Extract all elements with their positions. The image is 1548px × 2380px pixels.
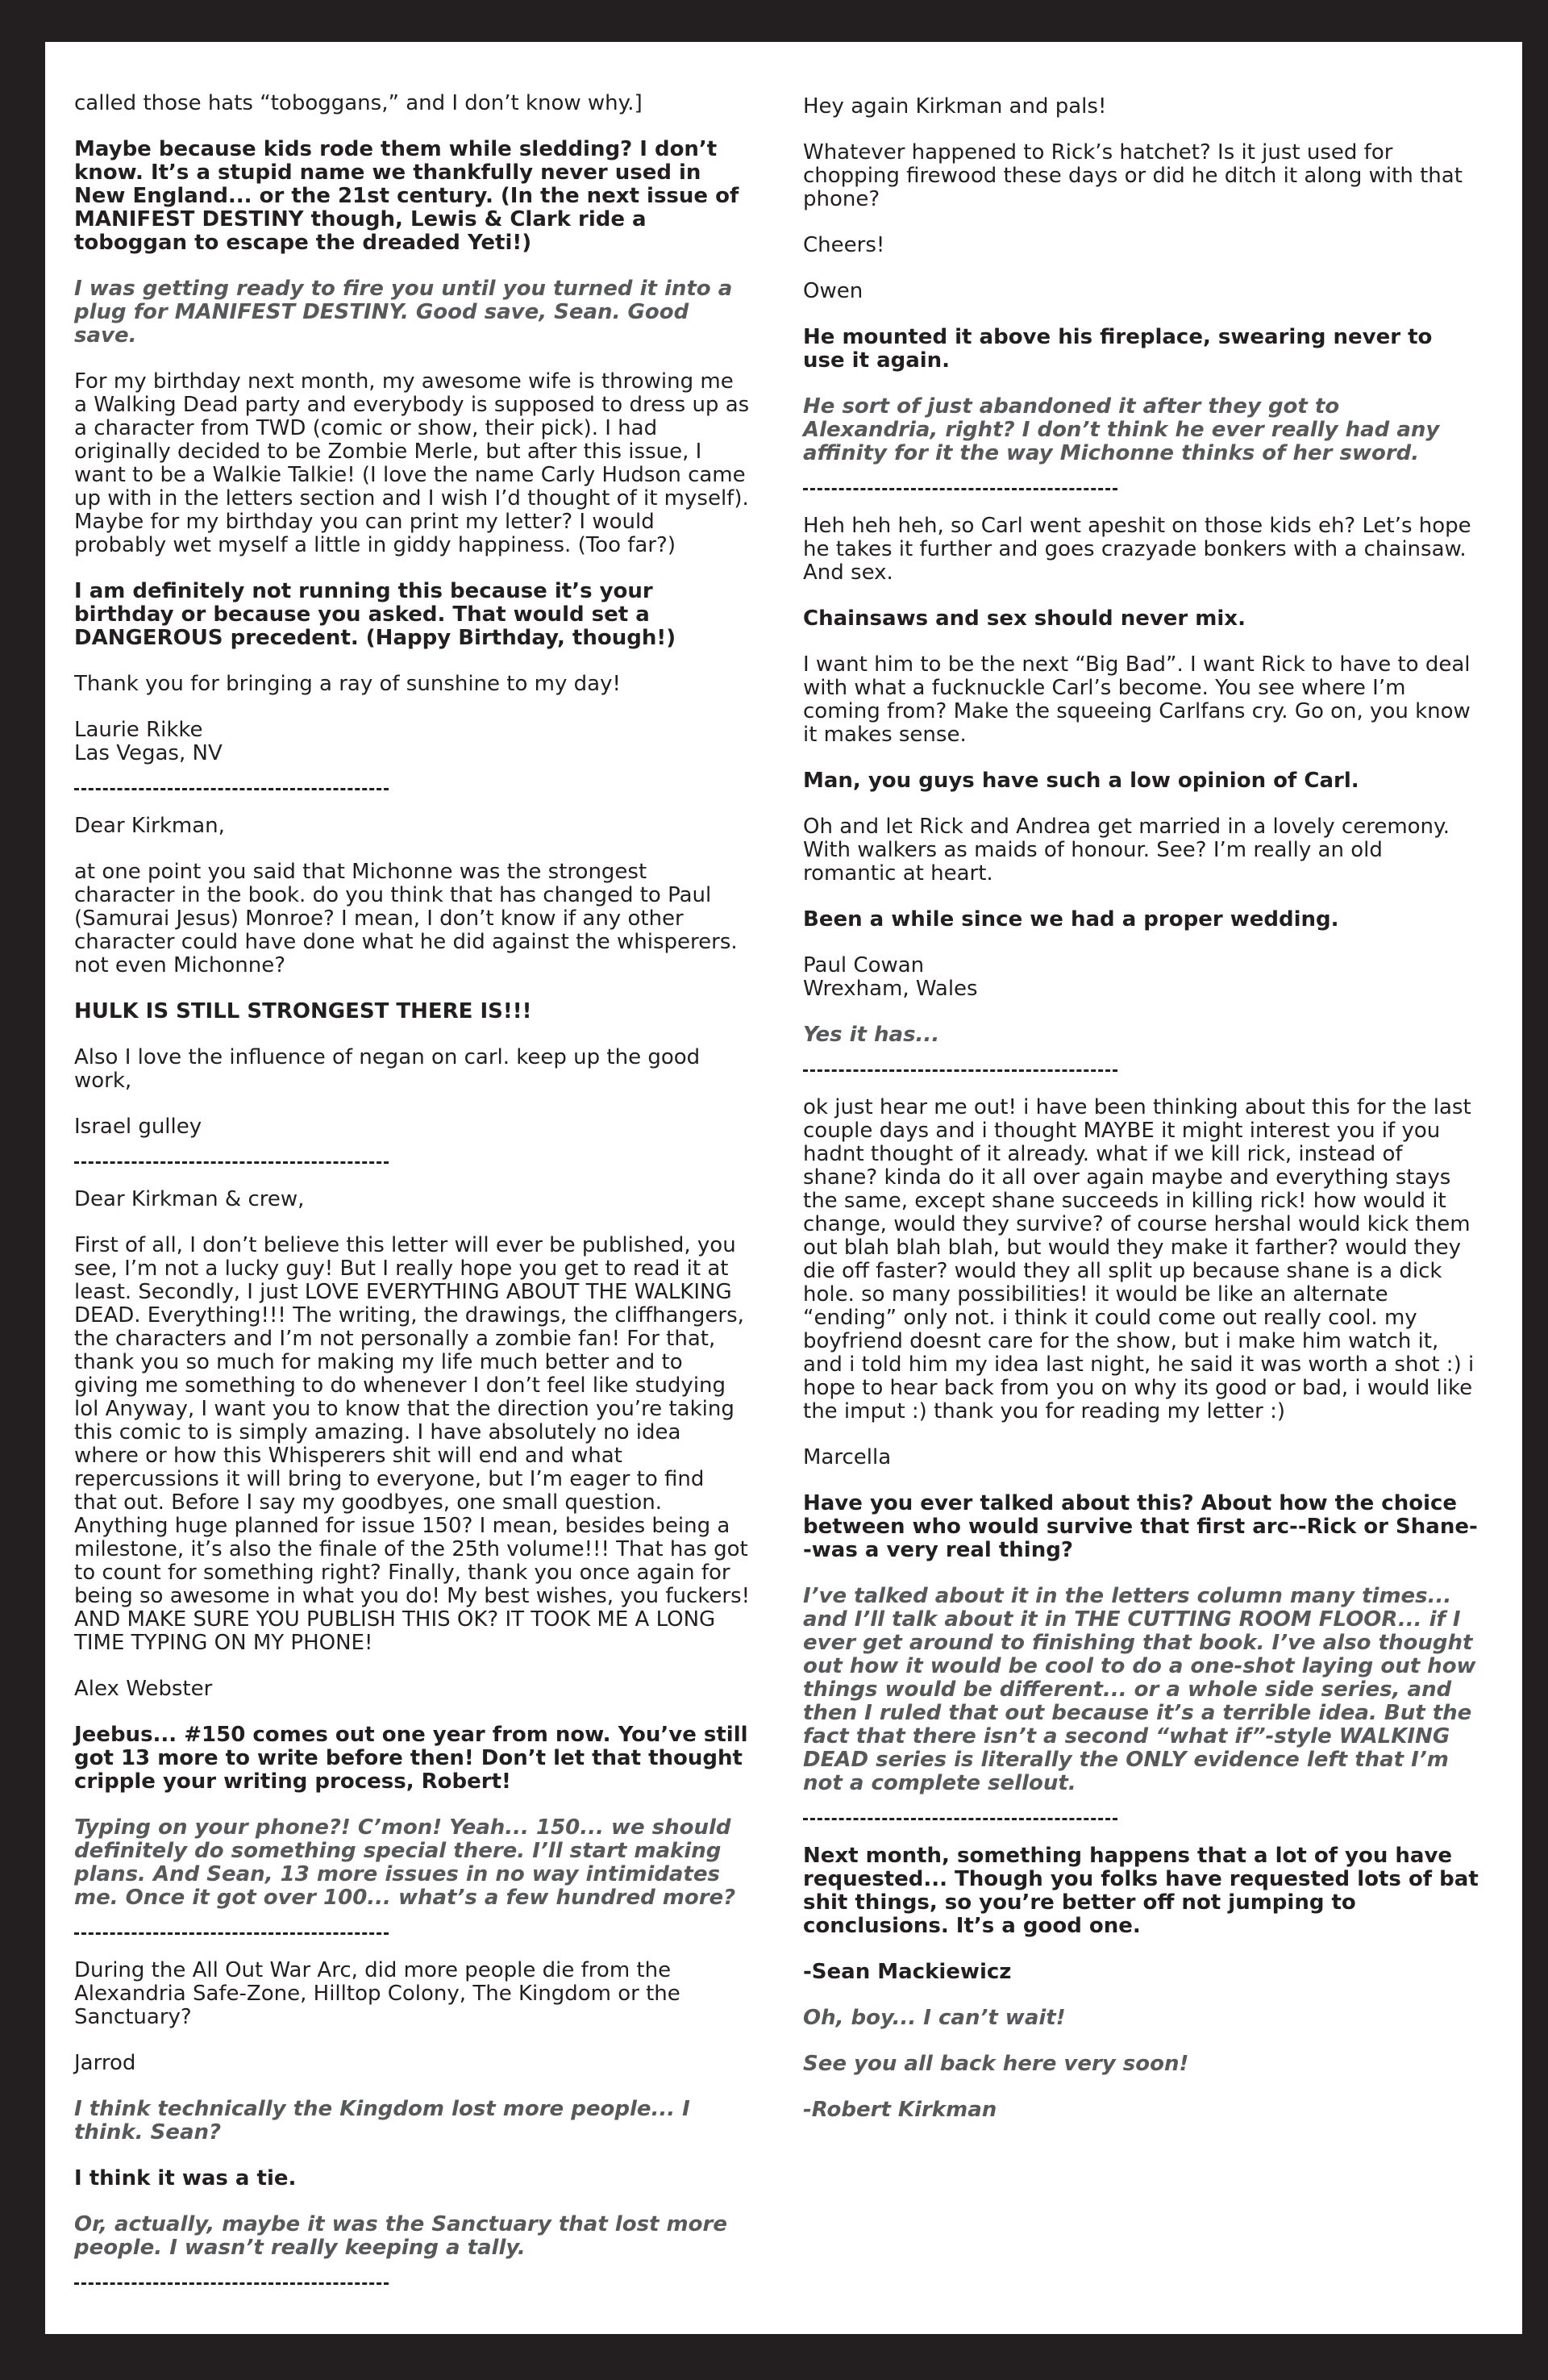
editor-reply-sean: HULK IS STILL STRONGEST THERE IS!!! (74, 1000, 751, 1023)
editor-reply-sean: He mounted it above his fireplace, swear… (803, 326, 1480, 373)
editor-reply-sean: I think it was a tie. (74, 2167, 751, 2190)
reader-letter-text: For my birthday next month, my awesome w… (74, 370, 751, 557)
reader-letter-text: First of all, I don’t believe this lette… (74, 1234, 751, 1655)
editor-reply-sean: -Sean Mackiewicz (803, 1961, 1480, 1984)
reader-letter-text: Israel gulley (74, 1115, 751, 1139)
editor-reply-kirkman: I was getting ready to fire you until yo… (74, 277, 751, 348)
reader-letter-text: Oh and let Rick and Andrea get married i… (803, 815, 1480, 886)
editor-reply-sean: Man, you guys have such a low opinion of… (803, 769, 1480, 793)
editor-reply-kirkman: I think technically the Kingdom lost mor… (74, 2098, 751, 2145)
reader-letter-text: Also I love the influence of negan on ca… (74, 1046, 751, 1093)
reader-letter-text: Cheers! (803, 234, 1480, 257)
editor-reply-sean: I am definitely not running this because… (74, 580, 751, 650)
editor-reply-kirkman: See you all back here very soon! (803, 2053, 1480, 2076)
editor-reply-kirkman: I’ve talked about it in the letters colu… (803, 1585, 1480, 1795)
editor-reply-sean: Next month, something happens that a lot… (803, 1844, 1480, 1938)
left-column: called those hats “toboggans,” and I don… (74, 92, 751, 2309)
reader-letter-text: Whatever happened to Rick’s hatchet? Is … (803, 141, 1480, 211)
reader-letter-text: Marcella (803, 1446, 1480, 1469)
reader-letter-text: Thank you for bringing a ray of sunshine… (74, 673, 751, 696)
letter-separator-rule (74, 788, 389, 790)
reader-letter-text: Laurie Rikke Las Vegas, NV (74, 719, 751, 765)
letter-separator-rule (74, 2282, 389, 2285)
letter-separator-rule (74, 1161, 389, 1164)
editor-reply-kirkman: Yes it has... (803, 1023, 1480, 1047)
reader-letter-text: Heh heh heh, so Carl went apeshit on tho… (803, 515, 1480, 585)
reader-letter-text: Jarrod (74, 2052, 751, 2075)
reader-letter-text: Owen (803, 280, 1480, 303)
reader-letter-text: Dear Kirkman, (74, 815, 751, 838)
reader-letter-text: ok just hear me out! i have been thinkin… (803, 1096, 1480, 1423)
letters-page: called those hats “toboggans,” and I don… (45, 42, 1522, 2334)
editor-reply-sean: Have you ever talked about this? About h… (803, 1492, 1480, 1562)
reader-letter-text: Hey again Kirkman and pals! (803, 95, 1480, 119)
reader-letter-text: I want him to be the next “Big Bad”. I w… (803, 653, 1480, 747)
reader-letter-text: Dear Kirkman & crew, (74, 1188, 751, 1211)
reader-letter-text: During the All Out War Arc, did more peo… (74, 1959, 751, 2029)
editor-reply-kirkman: Or, actually, maybe it was the Sanctuary… (74, 2213, 751, 2260)
letter-separator-rule (74, 1932, 389, 1935)
letter-separator-rule (803, 488, 1117, 490)
letter-separator-rule (803, 1069, 1117, 1072)
editor-reply-sean: Jeebus... #150 comes out one year from n… (74, 1724, 751, 1794)
editor-reply-kirkman: Typing on your phone?! C’mon! Yeah... 15… (74, 1816, 751, 1910)
reader-letter-text: called those hats “toboggans,” and I don… (74, 92, 751, 115)
reader-letter-text: at one point you said that Michonne was … (74, 861, 751, 977)
reader-letter-text: Paul Cowan Wrexham, Wales (803, 954, 1480, 1001)
right-column: Hey again Kirkman and pals!Whatever happ… (803, 95, 1480, 2145)
editor-reply-kirkman: Oh, boy... I can’t wait! (803, 2007, 1480, 2030)
editor-reply-sean: Been a while since we had a proper weddi… (803, 908, 1480, 932)
editor-reply-kirkman: He sort of just abandoned it after they … (803, 395, 1480, 465)
editor-reply-kirkman: -Robert Kirkman (803, 2099, 1480, 2122)
editor-reply-sean: Chainsaws and sex should never mix. (803, 607, 1480, 631)
reader-letter-text: Alex Webster (74, 1678, 751, 1701)
letter-separator-rule (803, 1818, 1117, 1820)
editor-reply-sean: Maybe because kids rode them while sledd… (74, 138, 751, 255)
